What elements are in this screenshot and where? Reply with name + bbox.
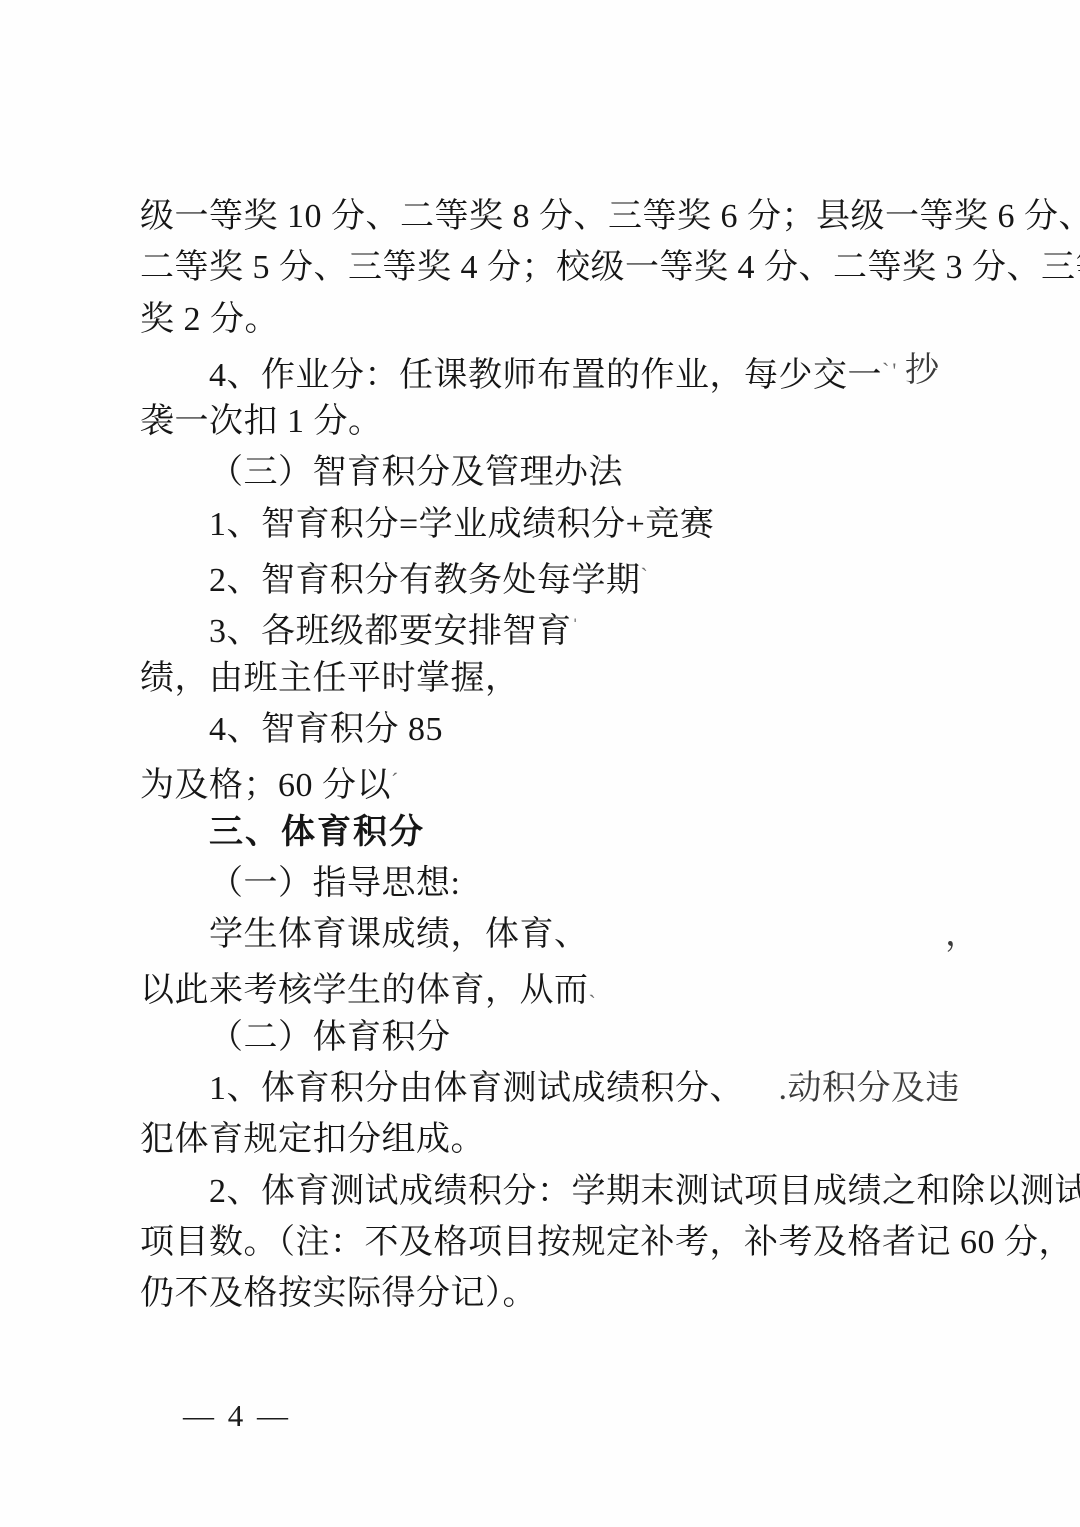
line-text: 1、智育积分=学业成绩积分+竞赛 bbox=[209, 506, 714, 543]
text-line: 犯体育规定扣分组成。 bbox=[140, 1114, 960, 1165]
scanned-document-page: 级一等奖 10 分、二等奖 8 分、三等奖 6 分；县级一等奖 6 分、 二等奖… bbox=[0, 0, 1080, 1527]
line-text: 4、智育积分 85 bbox=[209, 711, 443, 748]
text-line: 袭一次扣 1 分。 bbox=[140, 396, 960, 447]
text-line: 2、体育测试成绩积分：学期末测试项目成绩之和除以测试 bbox=[140, 1166, 960, 1217]
line-text: 二等奖 5 分、三等奖 4 分；校级一等奖 4 分、二等奖 3 分、三等 bbox=[140, 249, 1080, 286]
faded-fragment: 抄 bbox=[905, 345, 940, 396]
line-text: （三）智育积分及管理办法 bbox=[209, 454, 623, 491]
faded-mark: ˊ bbox=[391, 768, 401, 793]
faded-fragment: .动积分及违 bbox=[779, 1063, 961, 1114]
text-line: 级一等奖 10 分、二等奖 8 分、三等奖 6 分；县级一等奖 6 分、 bbox=[140, 191, 960, 242]
line-text: （二）体育积分 bbox=[209, 1019, 451, 1056]
line-text: 2、体育测试成绩积分：学期末测试项目成绩之和除以测试 bbox=[209, 1173, 1080, 1210]
text-line: 以此来考核学生的体育，从而ˏ bbox=[140, 960, 960, 1011]
faded-mark: ˋ' bbox=[882, 358, 899, 383]
faded-fragment: ， bbox=[945, 909, 980, 960]
text-line: （一）指导思想: bbox=[140, 858, 960, 909]
line-text: 2、智育积分有教务处每学期 bbox=[209, 562, 641, 599]
line-text: 以此来考核学生的体育，从而 bbox=[140, 972, 589, 1009]
text-line: 项目数。（注：不及格项目按规定补考，补考及格者记 60 分， bbox=[140, 1217, 960, 1268]
line-text: 袭一次扣 1 分。 bbox=[140, 403, 383, 440]
line-text: 项目数。（注：不及格项目按规定补考，补考及格者记 60 分， bbox=[140, 1224, 1073, 1261]
text-line: 2、智育积分有教务处每学期ˋ bbox=[140, 550, 960, 601]
text-line: 为及格；60 分以ˊ bbox=[140, 755, 960, 806]
line-text: 为及格；60 分以 bbox=[140, 767, 391, 804]
line-text: 犯体育规定扣分组成。 bbox=[140, 1121, 485, 1158]
text-line: 奖 2 分。 bbox=[140, 294, 960, 345]
page-number: — 4 — bbox=[183, 1398, 291, 1434]
line-text: 学生体育课成绩，体育、 bbox=[209, 916, 589, 953]
line-text: 仍不及格按实际得分记）。 bbox=[140, 1275, 537, 1312]
line-text: 绩，由班主任平时掌握， bbox=[140, 660, 520, 697]
faded-mark: ˏ bbox=[589, 973, 599, 998]
line-text: 三、体育积分 bbox=[209, 813, 425, 851]
line-text: 级一等奖 10 分、二等奖 8 分、三等奖 6 分；县级一等奖 6 分、 bbox=[140, 198, 1080, 235]
text-line: 3、各班级都要安排智育ˈ bbox=[140, 601, 960, 652]
text-line: 二等奖 5 分、三等奖 4 分；校级一等奖 4 分、二等奖 3 分、三等 bbox=[140, 242, 960, 293]
text-line: 4、作业分：任课教师布置的作业，每少交一ˋ' 抄 bbox=[140, 345, 960, 396]
text-line: 4、智育积分 85 bbox=[140, 704, 960, 755]
text-line: 学生体育课成绩，体育、 ， bbox=[140, 909, 960, 960]
line-text: 奖 2 分。 bbox=[140, 301, 279, 338]
text-column: 级一等奖 10 分、二等奖 8 分、三等奖 6 分；县级一等奖 6 分、 二等奖… bbox=[140, 191, 960, 1320]
text-line: （三）智育积分及管理办法 bbox=[140, 447, 960, 498]
faded-mark: ˋ bbox=[641, 563, 651, 588]
text-line: 1、智育积分=学业成绩积分+竞赛 bbox=[140, 499, 960, 550]
line-text: 4、作业分：任课教师布置的作业，每少交一 bbox=[209, 357, 882, 394]
faded-mark: ˈ bbox=[572, 614, 582, 639]
line-text: 3、各班级都要安排智育 bbox=[209, 613, 572, 650]
text-line: 仍不及格按实际得分记）。 bbox=[140, 1268, 960, 1319]
text-line: （二）体育积分 bbox=[140, 1012, 960, 1063]
text-line: 1、体育积分由体育测试成绩积分、 .动积分及违 bbox=[140, 1063, 960, 1114]
line-text: 1、体育积分由体育测试成绩积分、 bbox=[209, 1070, 744, 1107]
section-heading: 三、体育积分 bbox=[140, 807, 960, 858]
text-line: 绩，由班主任平时掌握， bbox=[140, 653, 960, 704]
line-text: （一）指导思想: bbox=[209, 865, 460, 902]
